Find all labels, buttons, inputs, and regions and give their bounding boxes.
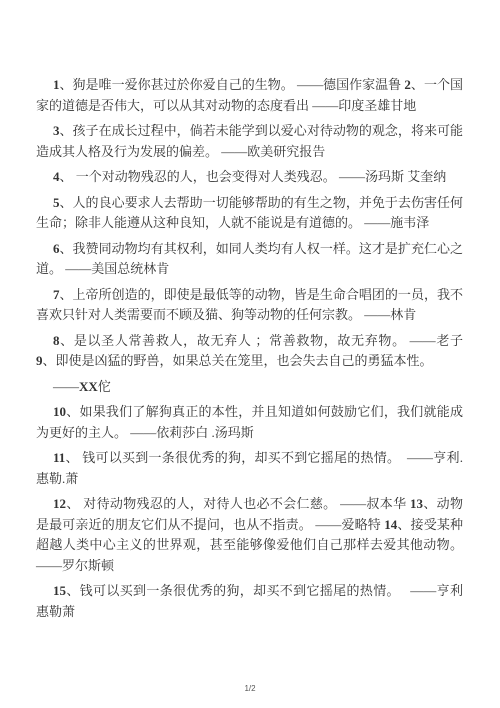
text-segment: 、孩子在成长过程中，倘若未能学到以爱心对待动物的观念，将来可能造成其人格及行为发…: [36, 123, 463, 159]
text-segment: 、 对待动物残忍的人，对待人也必不会仁慈。 ——叔本华: [66, 496, 410, 511]
text-segment: 、 一个对动物残忍的人，也会变得对人类残忍。 ——汤玛斯 艾奎纳: [60, 169, 447, 184]
text-segment: 、狗是唯一爱你甚过於你爱自己的生物。 ——德国作家温鲁: [60, 77, 405, 92]
quote-paragraph-8: ——XX佗: [36, 377, 463, 398]
quote-paragraph-6: 7、上帝所创造的，即使是最低等的动物，皆是生命合唱团的一员，我不喜欢只针对人类需…: [36, 285, 463, 326]
text-segment: 、钱可以买到一条很优秀的狗，却买不到它摇尾的热情。 ——亨利惠勒萧: [36, 583, 463, 619]
quote-paragraph-4: 5、人的良心要求人去帮助一切能够帮助的有生之物，并免于去伤害任何生命；除非人能遵…: [36, 193, 463, 234]
text-segment: 10: [53, 404, 66, 419]
quote-paragraph-7: 8、是以圣人常善救人，故无弃人 ；常善救物，故无弃物。 ——老子 9、即使是凶猛…: [36, 331, 463, 372]
text-segment: 、是以圣人常善救人，故无弃人 ；常善救物，故无弃物。 ——老子: [60, 333, 464, 348]
text-segment: 佗: [98, 379, 111, 394]
text-segment: 、如果我们了解狗真正的本性，并且知道如何鼓励它们，我们就能成为更好的主人。 ——…: [36, 404, 463, 440]
quote-paragraph-5: 6、我赞同动物均有其权利，如同人类均有人权一样。这才是扩充仁心之道。 ——美国总…: [36, 239, 463, 280]
text-segment: 11: [53, 450, 65, 465]
quote-paragraph-9: 10、如果我们了解狗真正的本性，并且知道如何鼓励它们，我们就能成为更好的主人。 …: [36, 402, 463, 443]
quote-paragraph-3: 4、 一个对动物残忍的人，也会变得对人类残忍。 ——汤玛斯 艾奎纳: [36, 167, 463, 188]
document-body: 1、狗是唯一爱你甚过於你爱自己的生物。 ——德国作家温鲁 2、一个国家的道德是否…: [36, 75, 463, 627]
quote-paragraph-2: 3、孩子在成长过程中，倘若未能学到以爱心对待动物的观念，将来可能造成其人格及行为…: [36, 121, 463, 162]
text-segment: 14: [384, 517, 397, 532]
text-segment: XX: [79, 379, 98, 394]
text-segment: 、即使是凶猛的野兽，如果总关在笼里，也会失去自己的勇猛本性。: [43, 353, 433, 368]
text-segment: 、 钱可以买到一条很优秀的狗，却买不到它摇尾的热情。 ——亨利.惠勒.萧: [36, 450, 463, 486]
quote-paragraph-1: 1、狗是唯一爱你甚过於你爱自己的生物。 ——德国作家温鲁 2、一个国家的道德是否…: [36, 75, 463, 116]
text-segment: 15: [53, 583, 66, 598]
quote-paragraph-11: 12、 对待动物残忍的人，对待人也必不会仁慈。 ——叔本华 13、动物是最可亲近…: [36, 494, 463, 576]
text-segment: 12: [53, 496, 66, 511]
text-segment: 、我赞同动物均有其权利，如同人类均有人权一样。这才是扩充仁心之道。 ——美国总统…: [36, 241, 463, 277]
page-number-indicator: 1/2: [0, 684, 500, 693]
text-segment: 、人的良心要求人去帮助一切能够帮助的有生之物，并免于去伤害任何生命；除非人能遵从…: [36, 195, 463, 231]
quote-paragraph-12: 15、钱可以买到一条很优秀的狗，却买不到它摇尾的热情。 ——亨利惠勒萧: [36, 581, 463, 622]
document-page: 1、狗是唯一爱你甚过於你爱自己的生物。 ——德国作家温鲁 2、一个国家的道德是否…: [0, 0, 500, 708]
text-segment: ——: [53, 379, 79, 394]
text-segment: 13: [410, 496, 423, 511]
text-segment: 、上帝所创造的，即使是最低等的动物，皆是生命合唱团的一员，我不喜欢只针对人类需要…: [36, 287, 463, 323]
quote-paragraph-10: 11、 钱可以买到一条很优秀的狗，却买不到它摇尾的热情。 ——亨利.惠勒.萧: [36, 448, 463, 489]
